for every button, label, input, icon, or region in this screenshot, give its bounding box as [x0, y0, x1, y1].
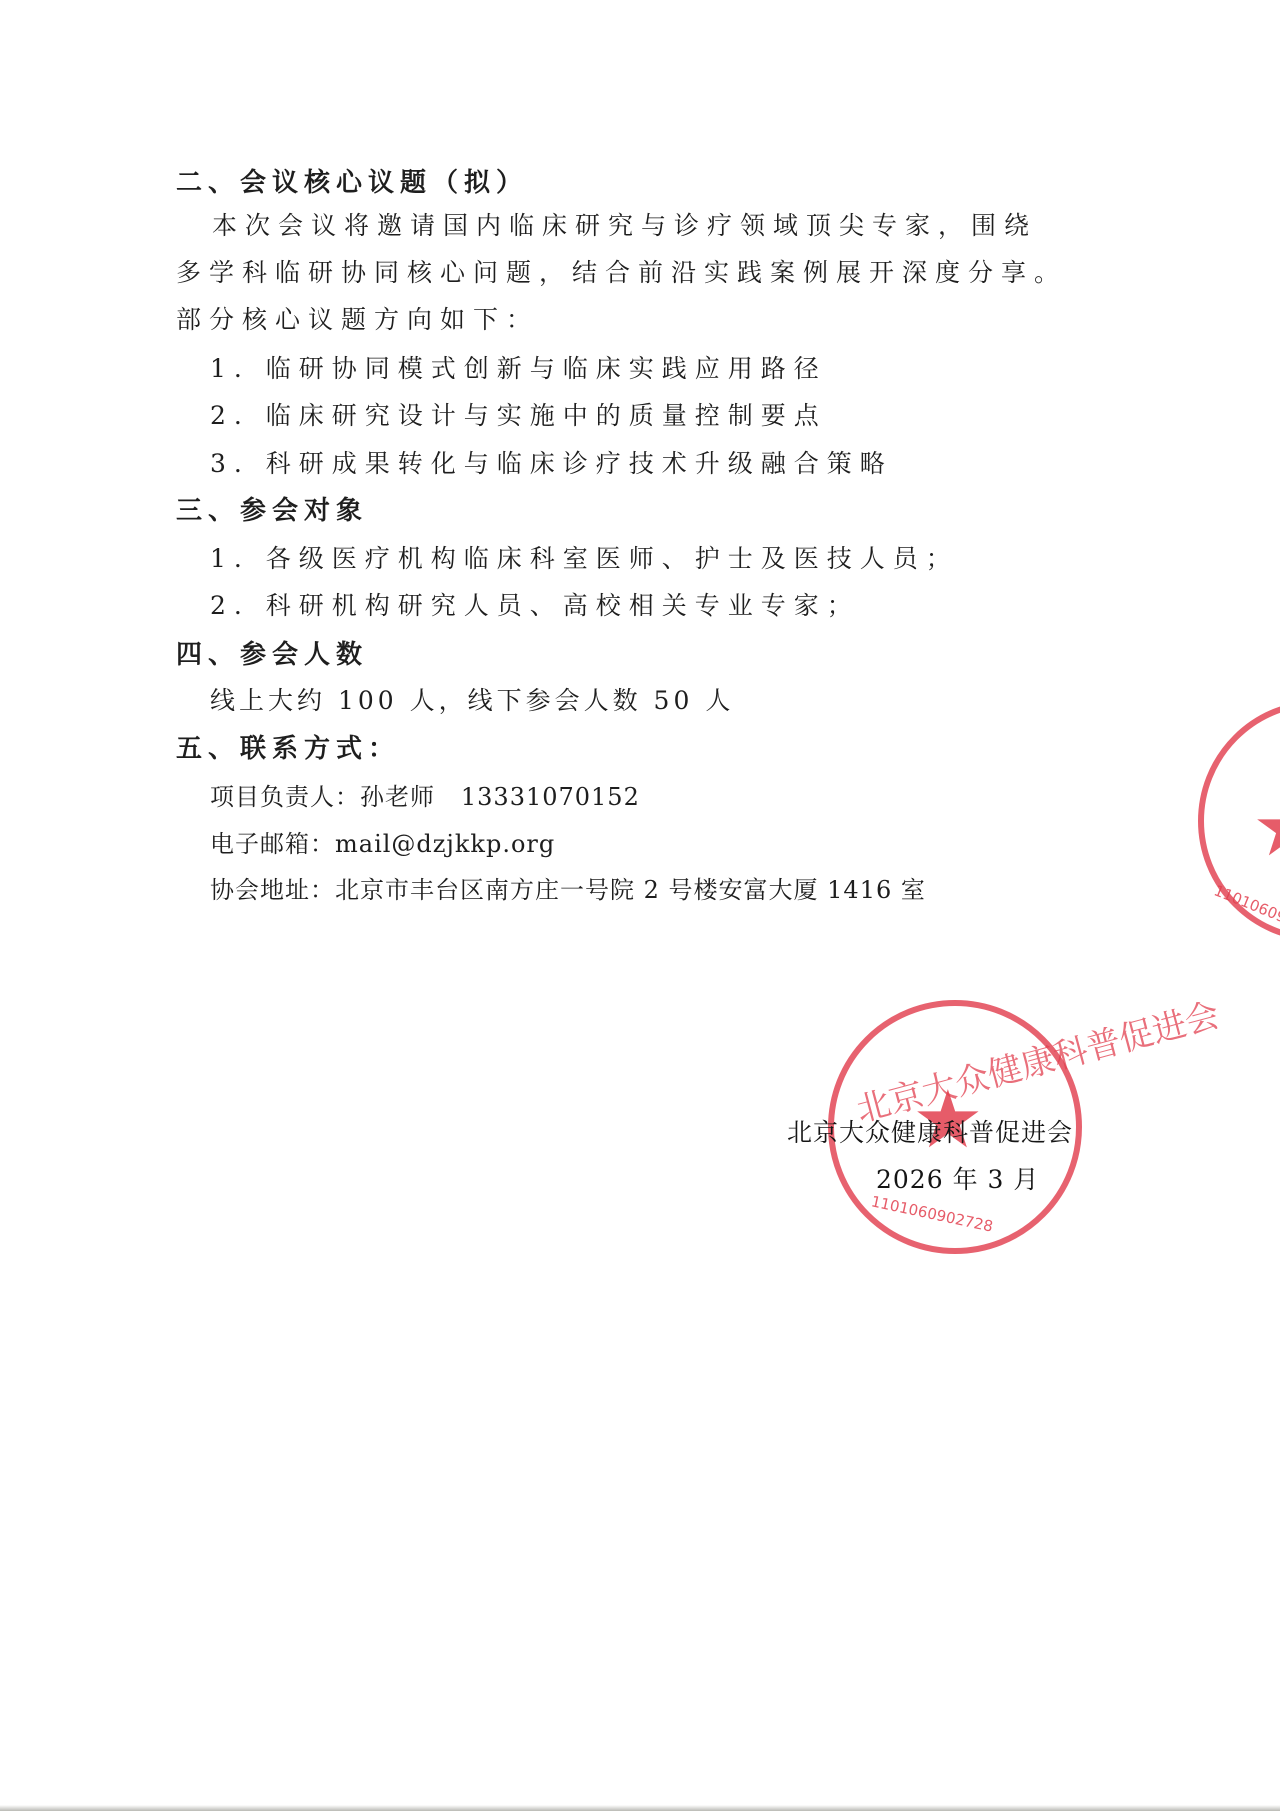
audience-item-1: 1. 各级医疗机构临床科室医师、护士及医技人员； — [210, 544, 959, 574]
section-heading-topics: 二、会议核心议题（拟） — [176, 168, 528, 198]
contact-lead: 项目负责人：孙老师 13331070152 — [210, 782, 640, 812]
topic-item-2: 2. 临床研究设计与实施中的质量控制要点 — [210, 401, 827, 431]
audience-item-2: 2. 科研机构研究人员、高校相关专业专家； — [210, 591, 860, 621]
seal-partial-star-icon: ★ — [1252, 788, 1280, 868]
contact-email: 电子邮箱：mail@dzjkkp.org — [210, 829, 555, 859]
section-heading-attendance: 四、参会人数 — [176, 640, 368, 670]
section-heading-audience: 三、参会对象 — [176, 496, 368, 526]
topics-intro-line-2: 多学科临研协同核心问题，结合前沿实践案例展开深度分享。 — [176, 258, 1067, 288]
signature-date: 2026 年 3 月 — [876, 1160, 1039, 1196]
topics-intro-line-3: 部分核心议题方向如下： — [176, 305, 539, 335]
topics-intro-line-1: 本次会议将邀请国内临床研究与诊疗领域顶尖专家，围绕 — [212, 211, 1037, 241]
contact-address: 协会地址：北京市丰台区南方庄一号院 2 号楼安富大厦 1416 室 — [210, 875, 926, 905]
topic-item-1: 1. 临研协同模式创新与临床实践应用路径 — [210, 354, 827, 384]
section-heading-contact: 五、联系方式： — [176, 734, 400, 764]
page-edge — [0, 1805, 1280, 1811]
topic-item-3: 3. 科研成果转化与临床诊疗技术升级融合策略 — [210, 449, 893, 479]
attendance-text: 线上大约 100 人，线下参会人数 50 人 — [210, 686, 734, 716]
signature-org: 北京大众健康科普促进会 — [787, 1113, 1073, 1149]
